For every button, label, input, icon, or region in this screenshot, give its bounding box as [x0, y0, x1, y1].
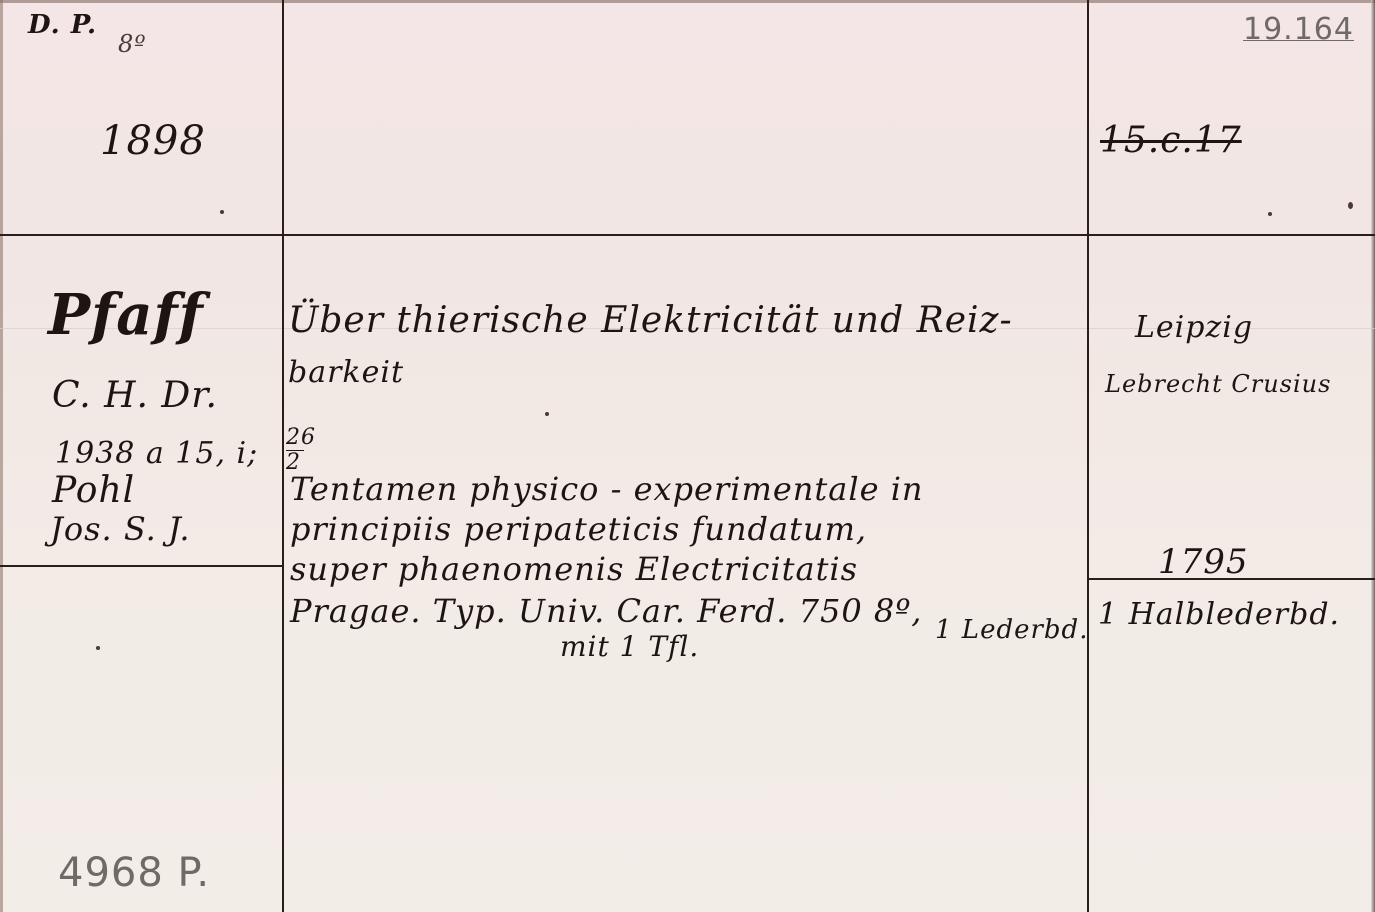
- card-edge-left: [0, 0, 3, 912]
- title-line-2: barkeit: [288, 355, 404, 390]
- inventory-number: 4968 P.: [58, 850, 210, 896]
- author-section-divider: [0, 565, 284, 567]
- author-surname: Pfaff: [48, 282, 204, 348]
- title-line-5: super phaenomenis Electricitatis: [290, 550, 858, 588]
- fraction-mark: 26 2: [286, 428, 316, 473]
- title-line-6: Pragae. Typ. Univ. Car. Ferd. 750 8º,: [290, 592, 922, 630]
- old-shelfmark: 15.c.17: [1100, 120, 1242, 161]
- accession-year: 1898: [100, 118, 206, 164]
- ink-speck: [1348, 202, 1353, 209]
- binding-note: 1 Lederbd.: [935, 615, 1088, 645]
- ink-speck: [545, 412, 549, 416]
- cross-reference: 1938 a 15, i;: [55, 436, 258, 471]
- column-divider-right: [1087, 0, 1089, 912]
- ink-speck: [96, 646, 100, 650]
- publisher: Lebrecht Crusius: [1105, 370, 1331, 398]
- fraction-numerator: 26: [286, 425, 316, 450]
- coauthor-name: Jos. S. J.: [50, 510, 191, 548]
- title-line-4: principiis peripateticis fundatum,: [290, 510, 867, 548]
- ink-speck: [1268, 212, 1272, 216]
- call-number: 19.164: [1243, 12, 1354, 47]
- column-divider-left: [282, 0, 284, 912]
- publication-year: 1795: [1158, 542, 1249, 582]
- ink-speck: [220, 210, 224, 214]
- publication-place: Leipzig: [1135, 310, 1253, 345]
- author-initials: C. H. Dr.: [52, 375, 218, 416]
- card-edge-top: [0, 0, 1375, 3]
- title-line-3: Tentamen physico - experimentale in: [290, 470, 924, 508]
- catalogue-card: D. P. 8º 1898 19.164 15.c.17 Pfaff C. H.…: [0, 0, 1375, 912]
- format-mark: 8º: [118, 30, 147, 58]
- imprint-binding: 1 Halblederbd.: [1098, 597, 1340, 632]
- card-edge-right: [1371, 0, 1375, 912]
- title-line-1: Über thierische Elektricität und Reiz-: [288, 300, 1013, 341]
- header-divider: [0, 234, 1375, 236]
- title-line-7: mit 1 Tfl.: [560, 630, 699, 663]
- signature-mark: D. P.: [28, 10, 97, 40]
- coauthor-surname: Pohl: [52, 470, 135, 511]
